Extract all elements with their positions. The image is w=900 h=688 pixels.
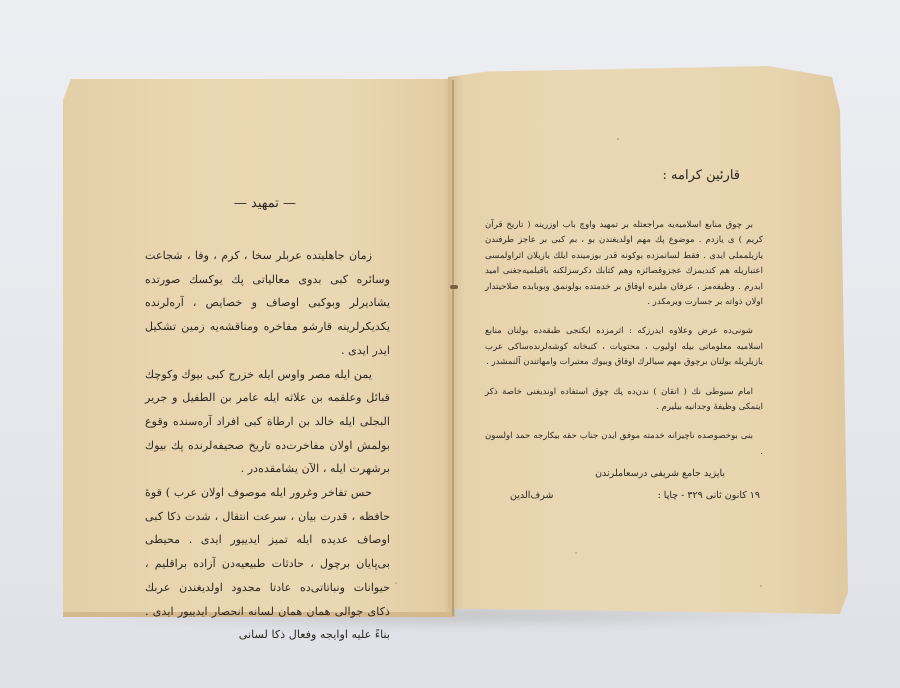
signature-place: بایزید جامع شریفی درسعاملرندن xyxy=(510,468,725,479)
right-paragraph: امام سیوطی نك ( اتقان ) ندن‌ده پك چوق اس… xyxy=(485,385,763,416)
left-paragraph: حس تفاخر وغرور ایله موصوف اولان عرب ) قو… xyxy=(145,481,390,647)
left-paragraph: یمن ایله مصر واوس ایله خزرج کبی بیوك وکو… xyxy=(145,363,390,482)
book-spine xyxy=(452,80,454,616)
paper-speck xyxy=(617,138,619,140)
right-page-title: قارئین کرامه : xyxy=(600,168,740,183)
left-paragraph: زمان جاهلیتده عربلر سخا ، کرم ، وفا ، شج… xyxy=(145,244,390,363)
paper-speck xyxy=(395,582,397,584)
paper-speck xyxy=(575,552,577,554)
binding-stitch xyxy=(450,285,458,289)
left-page-body: زمان جاهلیتده عربلر سخا ، کرم ، وفا ، شج… xyxy=(145,244,390,647)
right-page-body: بر چوق منابع اسلامیه‌یه مراجعتله بر تمهی… xyxy=(485,218,763,474)
signature-date: ۱۹ کانون ثانی ۳۲۹ - چاپا : xyxy=(560,490,760,501)
right-paragraph: بنی بوخصوصده ناچیزانه خدمته موفق ایدن جن… xyxy=(485,429,763,460)
paper-speck xyxy=(250,590,252,592)
right-paragraph: شونی‌ده عرض وعلاوه ایدرزکه : اثرمزده ایک… xyxy=(485,324,763,370)
left-page-heading: — تمهید — xyxy=(140,196,390,211)
signature-name: شرف‌الدین xyxy=(510,490,590,501)
right-paragraph: بر چوق منابع اسلامیه‌یه مراجعتله بر تمهی… xyxy=(485,218,763,310)
paper-speck xyxy=(760,585,762,587)
